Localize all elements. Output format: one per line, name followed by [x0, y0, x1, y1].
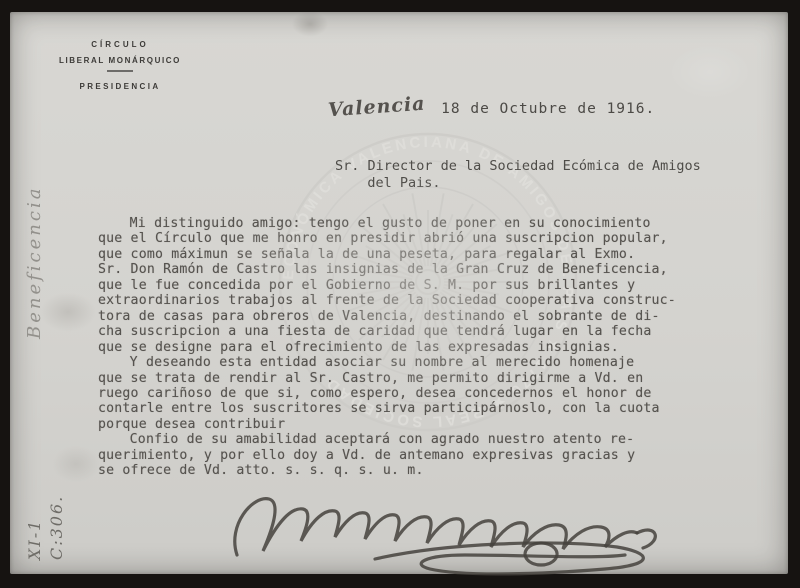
- addressee-block: Sr. Director de la Sociedad Ecómica de A…: [335, 158, 701, 192]
- letterhead-divider: [107, 70, 133, 72]
- addressee-line2: del Pais.: [335, 175, 701, 192]
- paragraph-2: Y deseando esta entidad asociar su nombr…: [98, 355, 766, 432]
- letterhead-presidencia: PRESIDENCIA: [55, 82, 185, 91]
- margin-note-archive-reference: XI-1 C:306.: [24, 495, 68, 560]
- paragraph-3: Confio de su amabilidad aceptará con agr…: [98, 432, 766, 478]
- archive-ref-line2: C:306.: [46, 495, 68, 560]
- dateline-place-script: Valencia: [327, 93, 426, 122]
- letter-paper: ECONÓMICA VALENCIANA DE AMIGOS DEL PAÍS …: [10, 12, 788, 574]
- letter-body: Mi distinguido amigo: tengo el gusto de …: [98, 216, 766, 479]
- addressee-line1: Sr. Director de la Sociedad Ecómica de A…: [335, 158, 701, 175]
- margin-note-beneficencia: Beneficencia: [24, 186, 45, 339]
- handwritten-signature: [225, 485, 665, 580]
- scan-black-border: ECONÓMICA VALENCIANA DE AMIGOS DEL PAÍS …: [0, 0, 800, 588]
- dateline-date: 18 de Octubre de 1916.: [441, 101, 655, 117]
- letterhead-org-line1: CÍRCULO: [55, 40, 185, 49]
- letterhead: CÍRCULO LIBERAL MONÁRQUICO PRESIDENCIA: [55, 40, 185, 91]
- paragraph-1: Mi distinguido amigo: tengo el gusto de …: [98, 216, 766, 355]
- letterhead-org-line2: LIBERAL MONÁRQUICO: [55, 56, 185, 65]
- archive-ref-line1: XI-1: [24, 495, 46, 560]
- dateline: Valencia 18 de Octubre de 1916.: [328, 96, 655, 118]
